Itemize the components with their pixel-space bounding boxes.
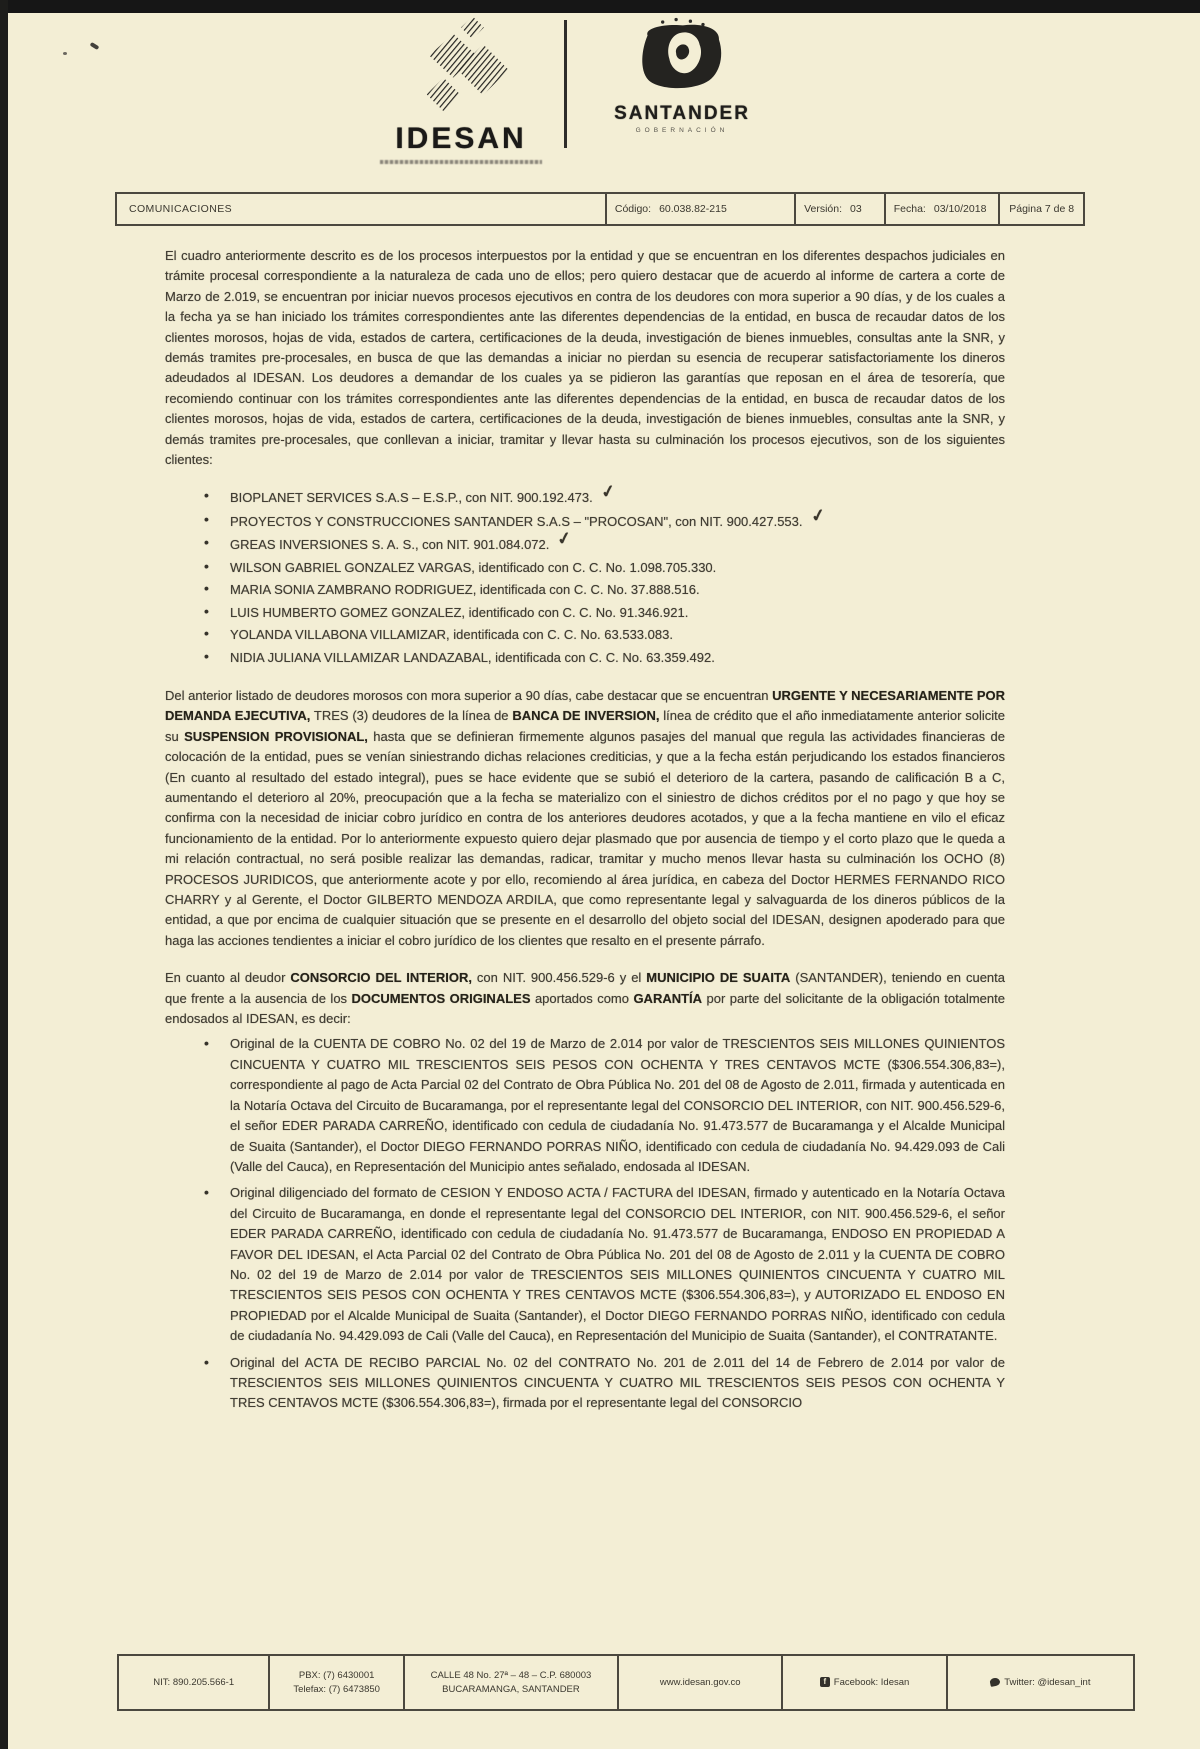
scanned-document-page: IDESAN SANTANDER GOBERNACIÓN COMUNICACIO…	[0, 0, 1200, 1749]
version-value: 03	[850, 203, 862, 215]
text: YOLANDA VILLABONA VILLAMIZAR, identifica…	[230, 627, 673, 642]
footer-line: PBX: (7) 6430001	[299, 1669, 375, 1683]
list-item: YOLANDA VILLABONA VILLAMIZAR, identifica…	[230, 625, 1005, 644]
list-item: Original del ACTA DE RECIBO PARCIAL No. …	[230, 1353, 1005, 1414]
list-item: Original diligenciado del formato de CES…	[230, 1183, 1005, 1346]
footer-line: BUCARAMANGA, SANTANDER	[442, 1683, 580, 1697]
footer-line: NIT: 890.205.566-1	[153, 1676, 234, 1690]
bold-text: MUNICIPIO DE SUAITA	[646, 970, 790, 985]
footer-line: www.idesan.gov.co	[660, 1676, 741, 1690]
text: TRES (3) deudores de la línea de	[310, 708, 512, 723]
santander-logo-subtitle: GOBERNACIÓN	[636, 127, 729, 134]
text: BIOPLANET SERVICES S.A.S – E.S.P., con N…	[230, 490, 593, 505]
list-item: LUIS HUMBERTO GOMEZ GONZALEZ, identifica…	[230, 603, 1005, 622]
header-logos: IDESAN SANTANDER GOBERNACIÓN	[372, 16, 1200, 166]
twitter-icon	[990, 1678, 1001, 1688]
list-item: Original de la CUENTA DE COBRO No. 02 de…	[230, 1034, 1005, 1177]
version-label: Versión:	[804, 203, 842, 215]
text: En cuanto al deudor	[165, 970, 290, 985]
list-item: NIDIA JULIANA VILLAMIZAR LANDAZABAL, ide…	[230, 648, 1005, 667]
footer-cell: CALLE 48 No. 27ª – 48 – C.P. 680003BUCAR…	[403, 1656, 617, 1709]
facebook-icon: f	[820, 1677, 830, 1687]
codigo-value: 60.038.82-215	[659, 203, 727, 215]
text: WILSON GABRIEL GONZALEZ VARGAS, identifi…	[230, 560, 716, 575]
list-item: MARIA SONIA ZAMBRANO RODRIGUEZ, identifi…	[230, 580, 1005, 599]
footer-cell: PBX: (7) 6430001Telefax: (7) 6473850	[268, 1656, 402, 1709]
santander-logo-text: SANTANDER	[614, 103, 750, 125]
text: NIDIA JULIANA VILLAMIZAR LANDAZABAL, ide…	[230, 650, 715, 665]
page-number: Página 7 de 8	[1009, 203, 1074, 215]
text: LUIS HUMBERTO GOMEZ GONZALEZ, identifica…	[230, 605, 688, 620]
document-body: El cuadro anteriormente descrito es de l…	[165, 246, 1005, 1414]
list-item: GREAS INVERSIONES S. A. S., con NIT. 901…	[230, 534, 1005, 554]
text: El cuadro anteriormente descrito es de l…	[165, 248, 1005, 467]
meta-pagina-cell: Página 7 de 8	[998, 194, 1083, 224]
bold-text: GARANTÍA	[633, 991, 702, 1006]
handwritten-checkmark: ✓	[809, 505, 826, 526]
text: Original diligenciado del formato de CES…	[230, 1185, 1005, 1343]
idesan-tagline	[380, 160, 542, 164]
text: con NIT. 900.456.529-6 y el	[472, 970, 646, 985]
document-meta-table: COMUNICACIONES Código: 60.038.82-215 Ver…	[115, 192, 1085, 226]
handwritten-checkmark: ✓	[556, 528, 573, 549]
list-item: PROYECTOS Y CONSTRUCCIONES SANTANDER S.A…	[230, 511, 1005, 531]
bullet-list: Original de la CUENTA DE COBRO No. 02 de…	[165, 1034, 1005, 1413]
footer-line: CALLE 48 No. 27ª – 48 – C.P. 680003	[431, 1669, 592, 1683]
fecha-value: 03/10/2018	[934, 203, 987, 215]
text: Del anterior listado de deudores morosos…	[165, 688, 772, 703]
document-title: COMUNICACIONES	[129, 203, 232, 215]
footer-cell: NIT: 890.205.566-1	[119, 1656, 268, 1709]
codigo-label: Código:	[615, 203, 651, 215]
idesan-logo-mark	[395, 16, 527, 120]
idesan-logo: IDESAN	[372, 16, 550, 164]
handwritten-checkmark: ✓	[599, 481, 616, 502]
meta-version-cell: Versión: 03	[794, 194, 884, 224]
text: aportados como	[531, 991, 634, 1006]
footer-cell: fFacebook: Idesan	[781, 1656, 945, 1709]
paragraph: En cuanto al deudor CONSORCIO DEL INTERI…	[165, 968, 1005, 1029]
bold-text: DOCUMENTOS ORIGINALES	[352, 991, 531, 1006]
text: GREAS INVERSIONES S. A. S., con NIT. 901…	[230, 537, 549, 552]
paragraph: Del anterior listado de deudores morosos…	[165, 686, 1005, 951]
logo-divider	[564, 20, 567, 148]
scan-smudge	[63, 52, 67, 55]
footer-cell: Twitter: @idesan_int	[946, 1656, 1133, 1709]
footer-cell: www.idesan.gov.co	[617, 1656, 781, 1709]
santander-logo-mark	[619, 16, 745, 102]
text: PROYECTOS Y CONSTRUCCIONES SANTANDER S.A…	[230, 514, 803, 529]
footer-text: Twitter: @idesan_int	[1004, 1676, 1090, 1690]
list-item: BIOPLANET SERVICES S.A.S – E.S.P., con N…	[230, 487, 1005, 507]
footer-table: NIT: 890.205.566-1PBX: (7) 6430001Telefa…	[117, 1654, 1135, 1711]
text: Original del ACTA DE RECIBO PARCIAL No. …	[230, 1355, 1005, 1411]
scan-edge-left	[0, 0, 8, 1749]
bullet-list: BIOPLANET SERVICES S.A.S – E.S.P., con N…	[165, 487, 1005, 667]
meta-title-cell: COMUNICACIONES	[117, 194, 605, 224]
text: Original de la CUENTA DE COBRO No. 02 de…	[230, 1036, 1005, 1173]
santander-logo: SANTANDER GOBERNACIÓN	[587, 16, 777, 134]
footer-text: Facebook: Idesan	[834, 1676, 910, 1690]
footer-line: Telefax: (7) 6473850	[293, 1683, 380, 1697]
footer-line: fFacebook: Idesan	[820, 1676, 910, 1690]
text: hasta que se definieran firmemente algun…	[165, 729, 1005, 948]
paragraph: El cuadro anteriormente descrito es de l…	[165, 246, 1005, 470]
idesan-logo-text: IDESAN	[395, 122, 526, 156]
list-item: WILSON GABRIEL GONZALEZ VARGAS, identifi…	[230, 558, 1005, 577]
scan-edge-top	[0, 0, 1200, 13]
bold-text: CONSORCIO DEL INTERIOR,	[290, 970, 472, 985]
scan-smudge	[90, 42, 100, 50]
bold-text: BANCA DE INVERSION,	[512, 708, 659, 723]
meta-codigo-cell: Código: 60.038.82-215	[605, 194, 794, 224]
fecha-label: Fecha:	[894, 203, 926, 215]
bold-text: SUSPENSION PROVISIONAL,	[184, 729, 368, 744]
text: MARIA SONIA ZAMBRANO RODRIGUEZ, identifi…	[230, 582, 700, 597]
footer-line: Twitter: @idesan_int	[990, 1676, 1090, 1690]
meta-fecha-cell: Fecha: 03/10/2018	[884, 194, 999, 224]
